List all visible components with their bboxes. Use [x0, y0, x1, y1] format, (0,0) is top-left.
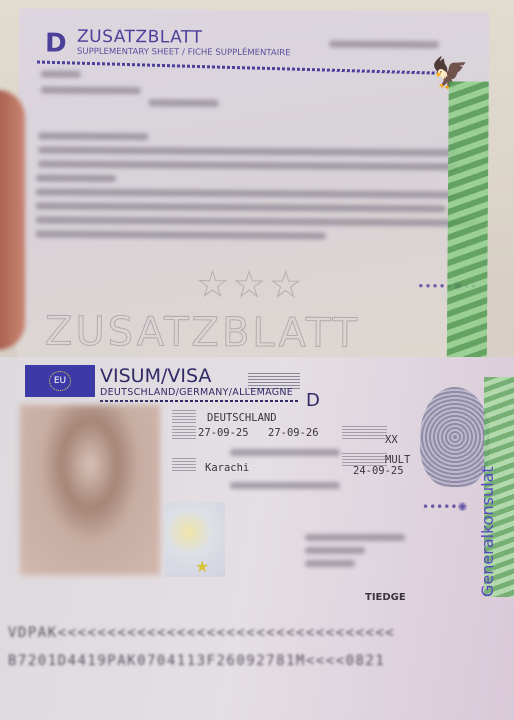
sheet-title: ZUSATZBLATT	[77, 27, 202, 48]
field-label	[172, 457, 196, 471]
microprint-line	[100, 400, 300, 402]
microprint-line	[37, 60, 447, 74]
redacted-text	[36, 188, 456, 198]
security-seal-icon: •••••✺	[422, 500, 467, 514]
redacted-text	[38, 133, 148, 141]
redacted-text	[36, 230, 326, 239]
mrz-line-2: B7201D4419PAK0704113F26092781M<<<<0821	[8, 653, 385, 669]
place-of-issue: Karachi	[205, 462, 249, 474]
star-icon: ★	[195, 557, 209, 576]
redacted-text	[36, 202, 446, 212]
redacted-text	[230, 449, 340, 456]
redacted-text	[41, 71, 81, 78]
field-label	[172, 409, 196, 423]
redacted-text	[305, 560, 355, 567]
redacted-text	[41, 87, 141, 95]
field-label	[172, 425, 196, 439]
embossed-stars: ★★★	[197, 265, 307, 306]
redacted-text	[36, 216, 476, 226]
guilloche-border	[447, 81, 489, 391]
duration-of-stay: XX	[385, 434, 398, 446]
field-label	[342, 425, 387, 439]
redacted-text	[36, 174, 116, 182]
mrz-line-1: VDPAK<<<<<<<<<<<<<<<<<<<<<<<<<<<<<<<<<<	[8, 625, 395, 641]
valid-for: DEUTSCHLAND	[207, 412, 277, 424]
visa-title: VISUM/VISA	[100, 365, 211, 387]
issue-date: 24-09-25	[353, 465, 404, 477]
signer-name: TIEDGE	[365, 592, 406, 603]
consulate-stamp: Generalkonsulat	[478, 466, 497, 597]
thumb	[0, 90, 25, 350]
redacted-text	[38, 147, 458, 157]
visa-category: D	[306, 390, 320, 411]
eu-flag-icon: EU	[25, 365, 95, 397]
redacted-text	[305, 534, 405, 541]
holder-photo	[20, 405, 160, 575]
supplementary-sheet-page: D ZUSATZBLATT SUPPLEMENTARY SHEET / FICH…	[17, 8, 490, 371]
valid-until: 27-09-26	[268, 427, 319, 439]
redacted-text	[230, 482, 340, 489]
valid-from: 27-09-25	[198, 427, 249, 439]
visa-page: EU VISUM/VISA DEUTSCHLAND/GERMANY/ALLEMA…	[0, 357, 514, 720]
redacted-text	[329, 41, 439, 49]
field-label	[342, 452, 387, 466]
redacted-text	[305, 547, 365, 554]
sheet-subtitle: SUPPLEMENTARY SHEET / FICHE SUPPLÉMENTAI…	[77, 47, 291, 58]
redacted-text	[38, 160, 458, 170]
redacted-text	[149, 99, 219, 106]
category-badge: D	[45, 29, 67, 59]
visa-country: DEUTSCHLAND/GERMANY/ALLEMAGNE	[100, 387, 293, 398]
embossed-title: ZUSATZBLATT	[45, 309, 360, 357]
